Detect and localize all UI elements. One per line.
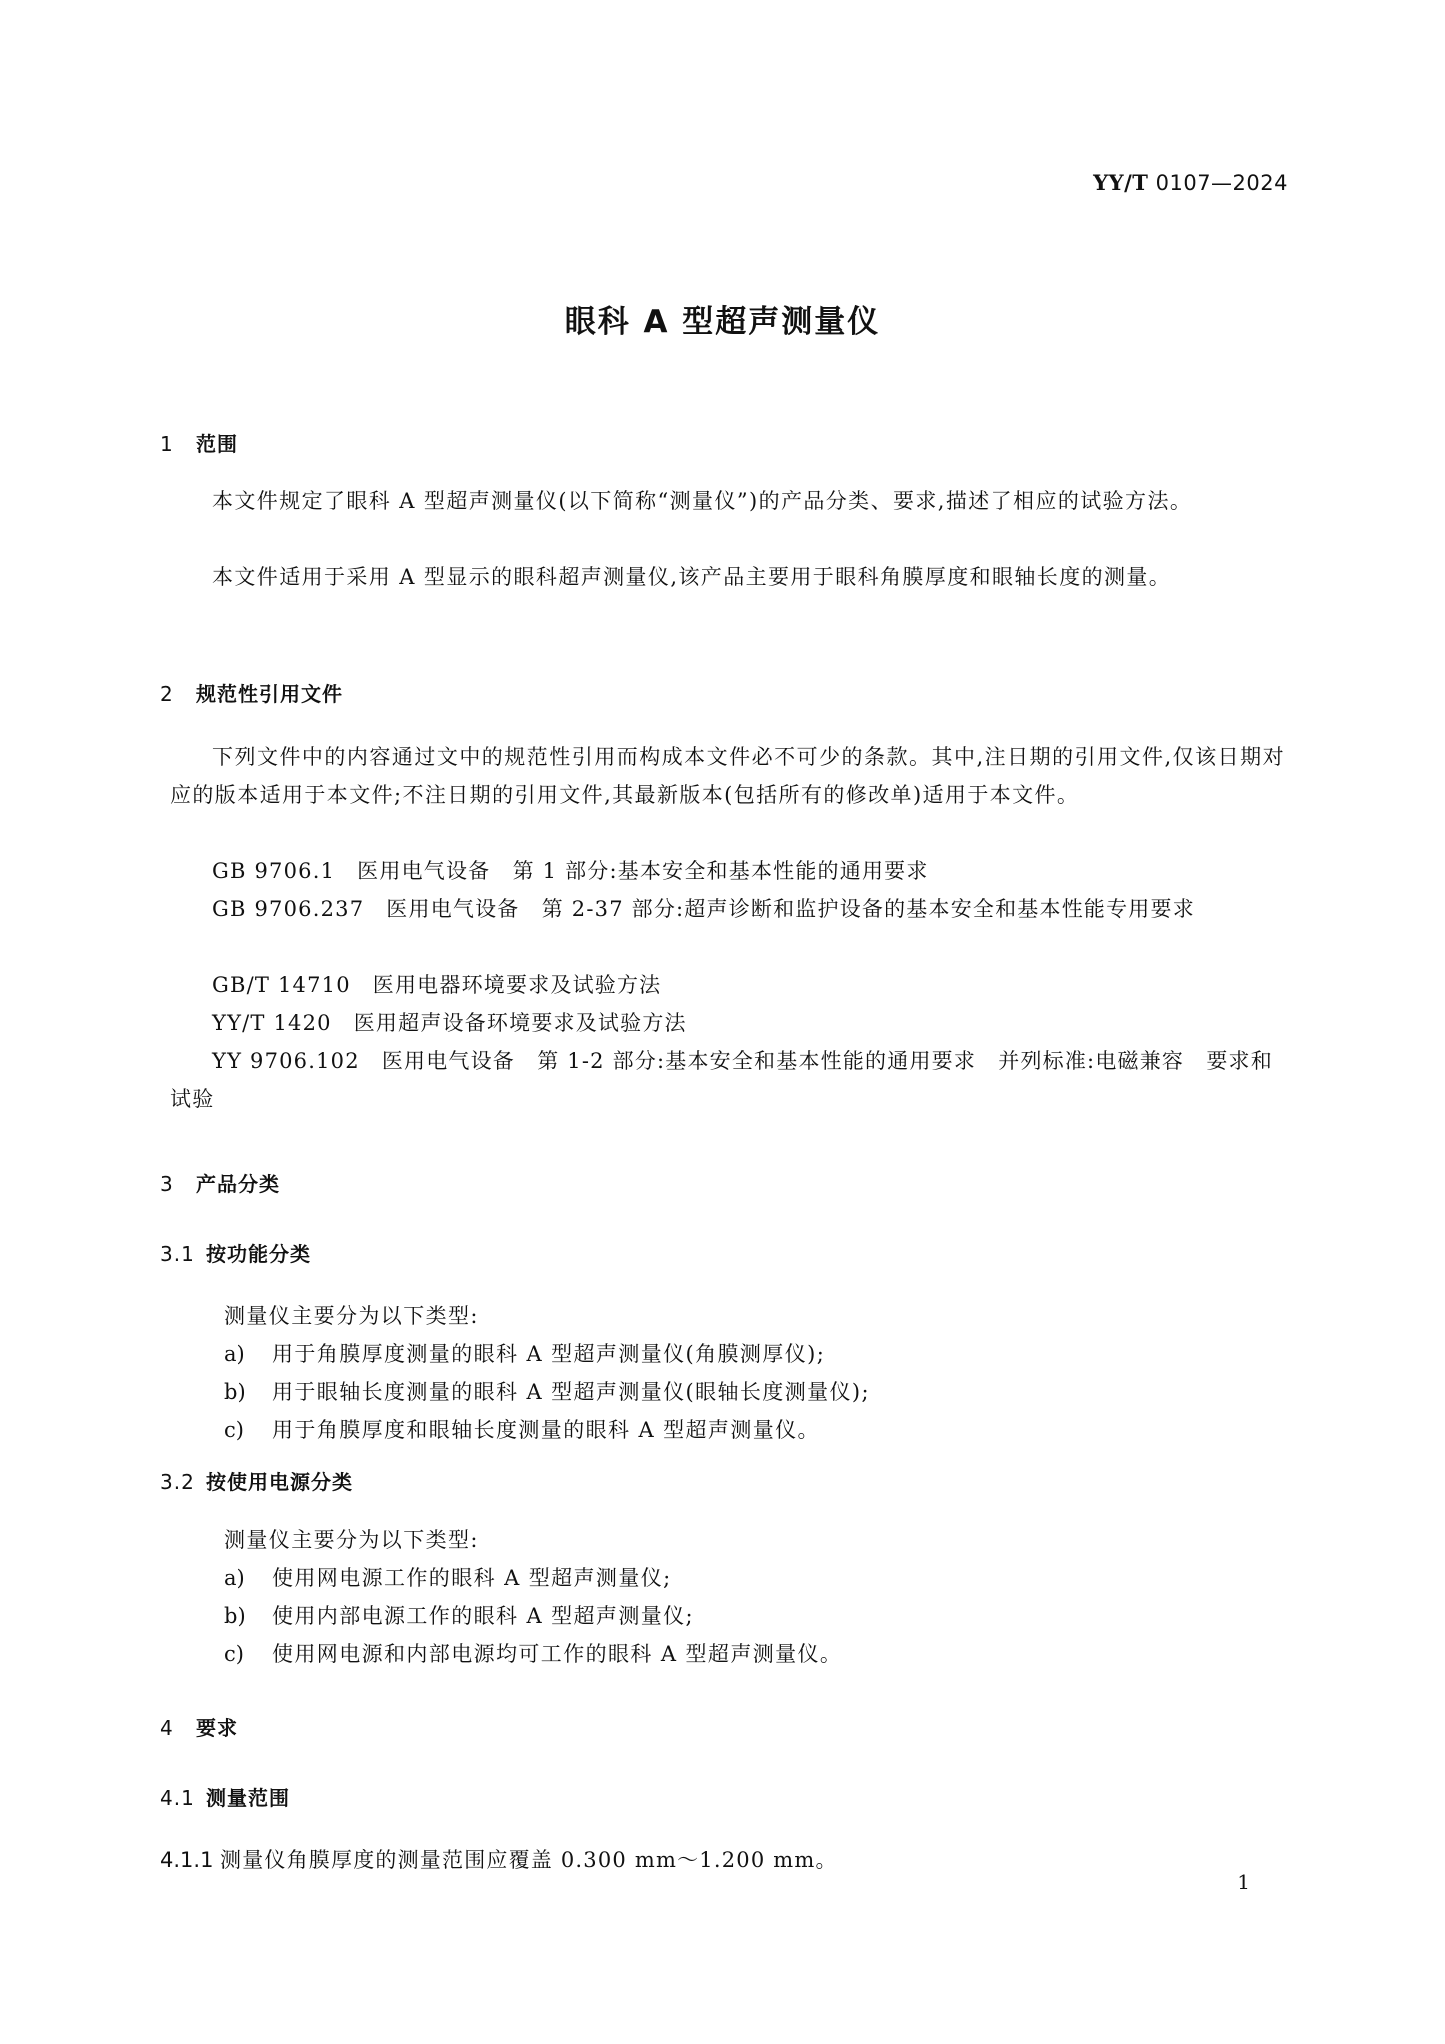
- clause-text: 测量仪角膜厚度的测量范围应覆盖 0.300 mm～1.200 mm。: [220, 1848, 838, 1872]
- document-title: 眼科 A 型超声测量仪: [0, 296, 1445, 341]
- section-number: 3: [160, 1172, 196, 1196]
- list-marker: b): [224, 1604, 272, 1628]
- section-1-heading: 1范围: [160, 428, 238, 457]
- list-marker: c): [224, 1642, 272, 1666]
- reference-item: GB 9706.1医用电气设备 第 1 部分:基本安全和基本性能的通用要求: [170, 852, 1285, 890]
- section-title: 规范性引用文件: [196, 682, 343, 706]
- list-item: c)用于角膜厚度和眼轴长度测量的眼科 A 型超声测量仪。: [224, 1414, 820, 1444]
- section-number: 3.2: [160, 1470, 206, 1494]
- section-number: 3.1: [160, 1242, 206, 1266]
- reference-code: GB 9706.1: [212, 859, 335, 883]
- section-4-1-heading: 4.1测量范围: [160, 1782, 290, 1811]
- reference-code: GB/T 14710: [212, 973, 351, 997]
- section-3-2-heading: 3.2按使用电源分类: [160, 1466, 353, 1495]
- section-title: 按功能分类: [206, 1242, 311, 1266]
- standard-prefix: YY/T: [1093, 170, 1148, 195]
- section-1-paragraph-1: 本文件规定了眼科 A 型超声测量仪(以下简称“测量仪”)的产品分类、要求,描述了…: [170, 482, 1285, 520]
- section-number: 2: [160, 682, 196, 706]
- section-title: 要求: [196, 1716, 238, 1740]
- section-number: 1: [160, 432, 196, 456]
- document-page: YY/T 0107—2024 眼科 A 型超声测量仪 1范围 本文件规定了眼科 …: [0, 0, 1445, 2044]
- clause-4-1-1: 4.1.1测量仪角膜厚度的测量范围应覆盖 0.300 mm～1.200 mm。: [160, 1844, 838, 1874]
- list-text: 使用网电源和内部电源均可工作的眼科 A 型超声测量仪。: [272, 1642, 842, 1666]
- list-marker: a): [224, 1342, 272, 1366]
- section-title: 测量范围: [206, 1786, 290, 1810]
- section-4-heading: 4要求: [160, 1712, 238, 1741]
- reference-item: GB 9706.237医用电气设备 第 2-37 部分:超声诊断和监护设备的基本…: [170, 890, 1285, 928]
- reference-code: YY 9706.102: [212, 1049, 360, 1073]
- section-2-heading: 2规范性引用文件: [160, 678, 343, 707]
- list-marker: b): [224, 1380, 272, 1404]
- section-number: 4.1: [160, 1786, 206, 1810]
- reference-title: 医用电器环境要求及试验方法: [373, 973, 662, 997]
- standard-code: YY/T 0107—2024: [1093, 170, 1288, 195]
- reference-title: 医用超声设备环境要求及试验方法: [354, 1011, 687, 1035]
- list-item: c)使用网电源和内部电源均可工作的眼科 A 型超声测量仪。: [224, 1638, 842, 1668]
- list-text: 用于角膜厚度测量的眼科 A 型超声测量仪(角膜测厚仪);: [272, 1342, 825, 1366]
- list-marker: c): [224, 1418, 272, 1442]
- clause-number: 4.1.1: [160, 1848, 220, 1872]
- list-text: 使用网电源工作的眼科 A 型超声测量仪;: [272, 1566, 672, 1590]
- section-3-1-heading: 3.1按功能分类: [160, 1238, 311, 1267]
- section-1-paragraph-2: 本文件适用于采用 A 型显示的眼科超声测量仪,该产品主要用于眼科角膜厚度和眼轴长…: [170, 558, 1285, 596]
- reference-item: YY/T 1420医用超声设备环境要求及试验方法: [170, 1004, 1285, 1042]
- list-item: a)使用网电源工作的眼科 A 型超声测量仪;: [224, 1562, 672, 1592]
- reference-item: YY 9706.102医用电气设备 第 1-2 部分:基本安全和基本性能的通用要…: [170, 1042, 1285, 1118]
- section-title: 按使用电源分类: [206, 1470, 353, 1494]
- list-intro: 测量仪主要分为以下类型:: [224, 1524, 479, 1554]
- section-title: 产品分类: [196, 1172, 280, 1196]
- list-text: 用于角膜厚度和眼轴长度测量的眼科 A 型超声测量仪。: [272, 1418, 820, 1442]
- reference-code: GB 9706.237: [212, 897, 364, 921]
- list-marker: a): [224, 1566, 272, 1590]
- section-number: 4: [160, 1716, 196, 1740]
- list-item: b)用于眼轴长度测量的眼科 A 型超声测量仪(眼轴长度测量仪);: [224, 1376, 870, 1406]
- list-item: b)使用内部电源工作的眼科 A 型超声测量仪;: [224, 1600, 694, 1630]
- reference-item: GB/T 14710医用电器环境要求及试验方法: [170, 966, 1285, 1004]
- reference-code: YY/T 1420: [212, 1011, 332, 1035]
- standard-number: 0107—2024: [1156, 171, 1288, 195]
- section-3-heading: 3产品分类: [160, 1168, 280, 1197]
- list-intro: 测量仪主要分为以下类型:: [224, 1300, 479, 1330]
- reference-title: 医用电气设备 第 1 部分:基本安全和基本性能的通用要求: [357, 859, 928, 883]
- section-title: 范围: [196, 432, 238, 456]
- section-2-intro: 下列文件中的内容通过文中的规范性引用而构成本文件必不可少的条款。其中,注日期的引…: [170, 738, 1285, 814]
- list-item: a)用于角膜厚度测量的眼科 A 型超声测量仪(角膜测厚仪);: [224, 1338, 825, 1368]
- reference-title: 医用电气设备 第 2-37 部分:超声诊断和监护设备的基本安全和基本性能专用要求: [386, 897, 1195, 921]
- page-number: 1: [1237, 1870, 1250, 1894]
- list-text: 用于眼轴长度测量的眼科 A 型超声测量仪(眼轴长度测量仪);: [272, 1380, 870, 1404]
- list-text: 使用内部电源工作的眼科 A 型超声测量仪;: [272, 1604, 694, 1628]
